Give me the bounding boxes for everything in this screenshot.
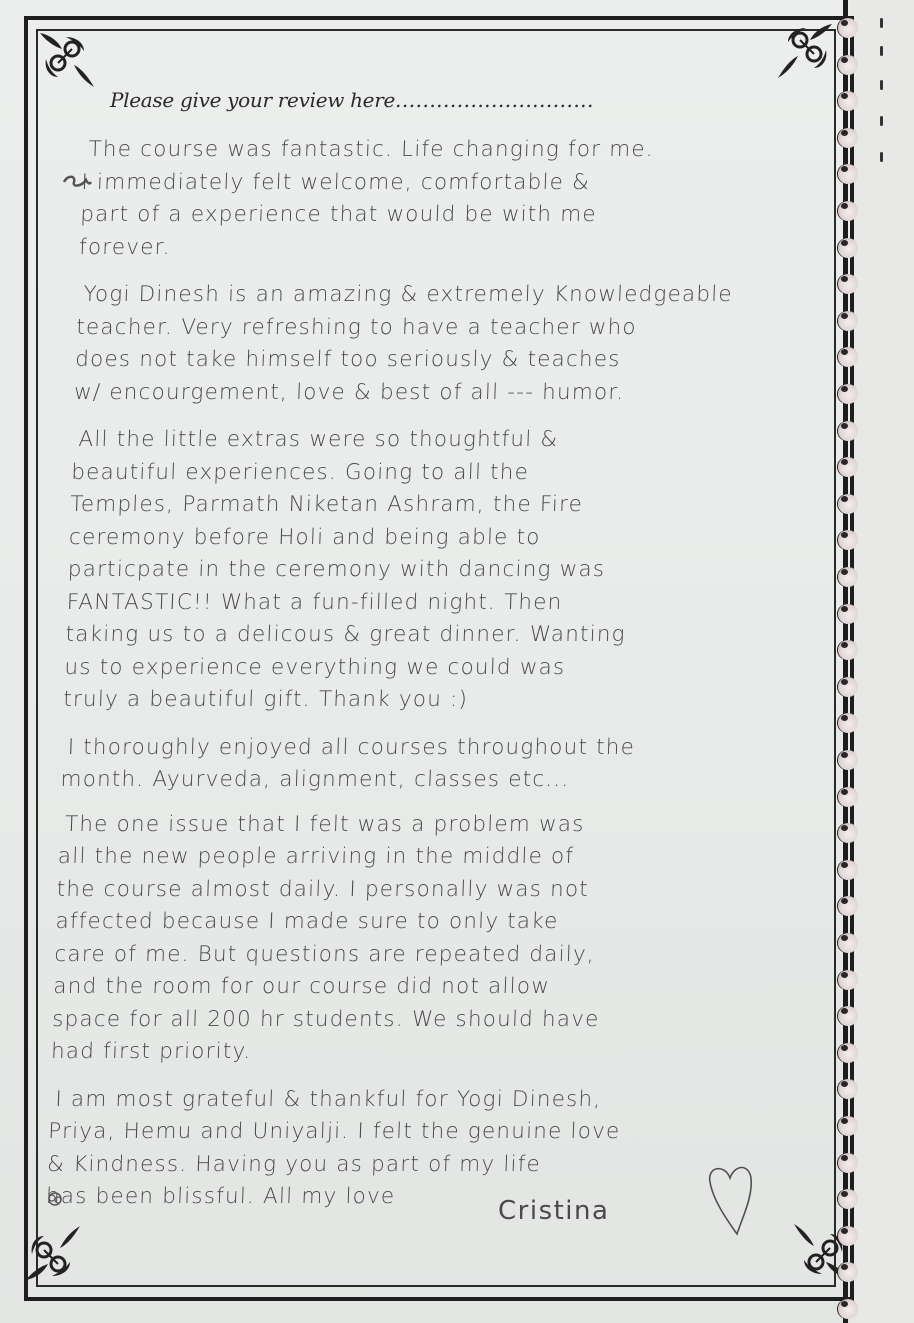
notch xyxy=(880,116,883,126)
binding-ring xyxy=(838,274,858,294)
binding-ring xyxy=(838,164,858,184)
review-line: and the room for our course did not allo… xyxy=(53,971,834,1004)
review-line: does not take himself too seriously & te… xyxy=(75,344,856,377)
review-line: all the new people arriving in the middl… xyxy=(57,841,838,874)
binding-ring xyxy=(838,787,858,807)
heart-doodle-icon xyxy=(705,1160,755,1238)
review-paragraph: I thoroughly enjoyed all courses through… xyxy=(60,732,842,797)
binding-ring xyxy=(838,347,858,367)
review-page: Please give your review here............… xyxy=(0,0,850,1323)
notch xyxy=(880,46,883,56)
binding-ring xyxy=(838,1079,858,1099)
binding-ring xyxy=(838,604,858,624)
fleur-de-lis-ornament-icon xyxy=(22,1222,84,1284)
handwritten-review: The course was fantastic. Life changing … xyxy=(45,134,863,1229)
review-line: All the little extras were so thoughtful… xyxy=(72,424,853,457)
review-line: The one issue that I felt was a problem … xyxy=(58,809,839,842)
review-paragraph: The course was fantastic. Life changing … xyxy=(79,134,864,264)
fleur-de-lis-ornament-icon xyxy=(774,20,836,82)
review-line: us to experience everything we could was xyxy=(64,652,845,685)
binding-ring xyxy=(838,1299,858,1319)
binding-ring xyxy=(838,494,858,514)
binding-ring xyxy=(838,896,858,916)
notch xyxy=(880,152,883,162)
fleur-de-lis-ornament-icon xyxy=(36,29,98,91)
review-line: Yogi Dinesh is an amazing & extremely Kn… xyxy=(77,279,858,312)
review-line: taking us to a delicous & great dinner. … xyxy=(65,619,846,652)
review-line: Temples, Parmath Niketan Ashram, the Fir… xyxy=(70,489,851,522)
binding-ring xyxy=(838,860,858,880)
review-line: forever. xyxy=(79,232,860,265)
binding-ring xyxy=(838,970,858,990)
review-line: FANTASTIC!! What a fun-filled night. The… xyxy=(66,587,847,620)
review-line: truly a beautiful gift. Thank you :) xyxy=(63,684,844,717)
review-line: w/ encourgement, love & best of all --- … xyxy=(74,377,855,410)
binding-ring xyxy=(838,238,858,258)
review-line: had first priority. xyxy=(50,1036,831,1069)
review-line: ceremony before Holi and being able to xyxy=(68,522,849,555)
review-line: month. Ayurveda, alignment, classes etc.… xyxy=(60,764,841,797)
notch xyxy=(880,80,883,90)
binding-ring xyxy=(838,1226,858,1246)
prompt-dots: ............................. xyxy=(395,88,594,112)
review-paragraph: All the little extras were so thoughtful… xyxy=(63,424,853,717)
binding-ring xyxy=(838,1116,858,1136)
binding-ring xyxy=(838,91,858,111)
binding-ring xyxy=(838,1043,858,1063)
review-line: beautiful experiences. Going to all the xyxy=(71,457,852,490)
review-line: I am most grateful & thankful for Yogi D… xyxy=(49,1084,830,1117)
signature: Cristina xyxy=(498,1196,609,1226)
binding-ring xyxy=(838,640,858,660)
review-line: I immediately felt welcome, comfortable … xyxy=(81,167,862,200)
binding-ring xyxy=(838,457,858,477)
review-line: teacher. Very refreshing to have a teach… xyxy=(76,312,857,345)
binding-ring xyxy=(838,823,858,843)
review-paragraph: Yogi Dinesh is an amazing & extremely Kn… xyxy=(74,279,859,409)
binding-ring xyxy=(838,201,858,221)
binding-ring xyxy=(838,384,858,404)
binding-ring xyxy=(838,1189,858,1209)
review-line: particpate in the ceremony with dancing … xyxy=(67,554,848,587)
binding-ring xyxy=(838,567,858,587)
flower-doodle-icon xyxy=(44,1190,66,1208)
binding-ring xyxy=(838,128,858,148)
spiral-binding xyxy=(838,0,868,1323)
prompt-text: Please give your review here xyxy=(110,88,395,112)
binding-ring xyxy=(838,18,858,38)
review-paragraph: The one issue that I felt was a problem … xyxy=(50,809,839,1069)
binding-ring xyxy=(838,1262,858,1282)
notch xyxy=(880,18,883,28)
binding-ring xyxy=(838,677,858,697)
review-line: The course was fantastic. Life changing … xyxy=(82,134,863,167)
review-line: I thoroughly enjoyed all courses through… xyxy=(61,732,842,765)
binding-ring xyxy=(838,55,858,75)
binding-ring xyxy=(838,421,858,441)
review-line: affected because I made sure to only tak… xyxy=(55,906,836,939)
binding-ring xyxy=(838,311,858,331)
review-line: the course almost daily. I personally wa… xyxy=(56,874,837,907)
binding-ring xyxy=(838,713,858,733)
review-line: Priya, Hemu and Uniyalji. I felt the gen… xyxy=(48,1116,829,1149)
binding-ring xyxy=(838,750,858,770)
review-line: space for all 200 hr students. We should… xyxy=(52,1004,833,1037)
review-line: care of me. But questions are repeated d… xyxy=(54,939,835,972)
review-prompt: Please give your review here............… xyxy=(110,88,594,112)
review-line: part of a experience that would be with … xyxy=(80,199,861,232)
binding-ring xyxy=(838,1153,858,1173)
binding-ring xyxy=(838,933,858,953)
binding-ring xyxy=(838,530,858,550)
binding-ring xyxy=(838,1006,858,1026)
